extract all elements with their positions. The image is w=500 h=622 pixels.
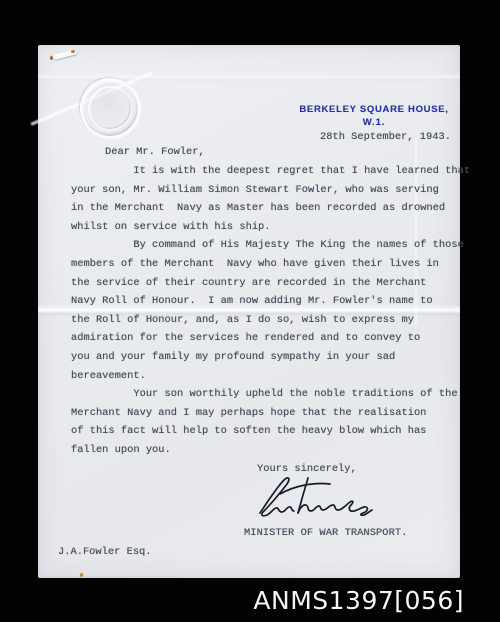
letter-line: admiration for the services he rendered … (71, 329, 443, 348)
letter-line: By command of His Majesty The King the n… (71, 236, 443, 255)
letter-body: It is with the deepest regret that I hav… (71, 162, 443, 460)
signature-stroke (260, 478, 372, 516)
letter-line: members of the Merchant Navy who have gi… (71, 255, 443, 274)
photo-background: { "archive": { "caption": "ANMS1397[056]… (0, 0, 500, 622)
archive-id-caption: ANMS1397[056] (253, 588, 464, 613)
letter-date: 28th September, 1943. (320, 130, 451, 145)
embossed-seal-inner-ring (88, 86, 132, 130)
letter-line: you and your family my profound sympathy… (71, 348, 443, 367)
letterhead: BERKELEY SQUARE HOUSE, W.1. (298, 104, 450, 128)
letter-line: bereavement. (71, 367, 443, 386)
letter-line: Merchant Navy and I may perhaps hope tha… (71, 404, 443, 423)
letterhead-district: W.1. (298, 117, 450, 128)
embossed-seal (80, 78, 140, 138)
rust-spot (71, 50, 75, 53)
rust-spot (50, 56, 53, 60)
letter-line: in the Merchant Navy as Master has been … (71, 199, 443, 218)
letter-line: whilst on service with his ship. (71, 218, 443, 237)
letter-line: fallen upon you. (71, 441, 443, 460)
letter-line: It is with the deepest regret that I hav… (71, 162, 443, 181)
letter-line: Navy Roll of Honour. I am now adding Mr.… (71, 292, 443, 311)
signatory-title: MINISTER OF WAR TRANSPORT. (244, 526, 407, 541)
letter-line: Your son worthily upheld the noble tradi… (71, 385, 443, 404)
letter-line: your son, Mr. William Simon Stewart Fowl… (71, 181, 443, 200)
letter-line: the service of their country are recorde… (71, 274, 443, 293)
signature-leathers (252, 473, 376, 521)
addressee: J.A.Fowler Esq. (58, 545, 152, 560)
letter-line: the Roll of Honour, and, as I do so, wis… (71, 311, 443, 330)
letter-line: of this fact will help to soften the hea… (71, 422, 443, 441)
rust-spot (80, 573, 83, 577)
letter-salutation: Dear Mr. Fowler, (105, 145, 205, 160)
letter-document: BERKELEY SQUARE HOUSE, W.1. 28th Septemb… (38, 45, 460, 578)
letterhead-address: BERKELEY SQUARE HOUSE, (298, 104, 450, 115)
